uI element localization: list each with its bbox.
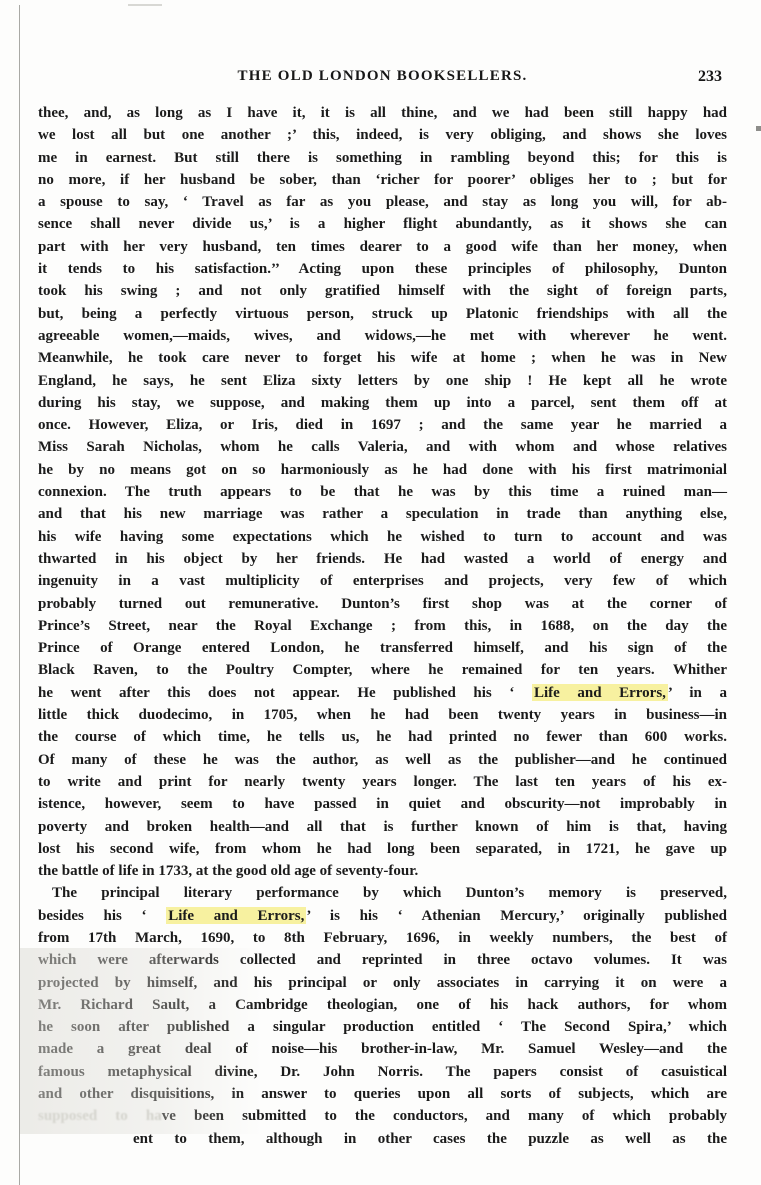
- running-title: THE OLD LONDON BOOKSELLERS.: [38, 68, 727, 85]
- text-segment: Prince of Orange entered London, he tran…: [38, 640, 727, 656]
- text-line: ingenuity in a vast multiplicity of ente…: [38, 570, 727, 592]
- text-line: Of many of these he was the author, as w…: [38, 749, 727, 771]
- text-line: Mr. Richard Sault, a Cambridge theologia…: [38, 994, 727, 1016]
- scan-left-rule: [19, 5, 20, 1185]
- page-lines: thee, and, as long as I have it, it is a…: [38, 102, 727, 1150]
- scan-top-mark: [128, 4, 162, 6]
- text-line: supposed to have been submitted to the c…: [38, 1105, 727, 1127]
- text-segment: took his swing ; and not only gratified …: [38, 283, 727, 299]
- text-line: during his stay, we suppose, and making …: [38, 392, 727, 414]
- text-line: made a great deal of noise—his brother-i…: [38, 1038, 727, 1060]
- text-segment: istence, however, seem to have passed in…: [38, 796, 727, 812]
- text-segment: but, being a perfectly virtuous person, …: [38, 306, 727, 322]
- text-line: to write and print for nearly twenty yea…: [38, 771, 727, 793]
- text-segment: The principal literary performance by wh…: [52, 885, 727, 901]
- text-segment: Prince’s Street, near the Royal Exchange…: [38, 618, 727, 634]
- text-line: once. However, Eliza, or Iris, died in 1…: [38, 414, 727, 436]
- text-segment: to write and print for nearly twenty yea…: [38, 774, 727, 790]
- text-line: Prince of Orange entered London, he tran…: [38, 637, 727, 659]
- text-segment: no more, if her husband be sober, than ‘…: [38, 172, 727, 188]
- text-line: Prince’s Street, near the Royal Exchange…: [38, 615, 727, 637]
- text-line: the course of which time, he tells us, h…: [38, 726, 727, 748]
- text-segment: Of many of these he was the author, as w…: [38, 752, 727, 768]
- text-segment: Meanwhile, he took care never to forget …: [38, 350, 727, 366]
- text-segment: and that his new marriage was rather a s…: [38, 506, 727, 522]
- text-line: agreeable women,—maids, wives, and widow…: [38, 325, 727, 347]
- highlighted-text: Life and Errors,: [166, 907, 306, 924]
- text-segment: and other disquisitions, in answer to qu…: [38, 1086, 727, 1102]
- text-line: part with her very husband, ten times de…: [38, 236, 727, 258]
- text-line: his wife having some expectations which …: [38, 526, 727, 548]
- text-line: and other disquisitions, in answer to qu…: [38, 1083, 727, 1105]
- text-segment: the course of which time, he tells us, h…: [38, 729, 727, 745]
- text-segment: agreeable women,—maids, wives, and widow…: [38, 328, 727, 344]
- text-segment: projected by himself, and his principal …: [38, 975, 727, 991]
- text-segment: England, he says, he sent Eliza sixty le…: [38, 373, 727, 389]
- text-line: took his swing ; and not only gratified …: [38, 280, 727, 302]
- text-segment: a spouse to say, ‘ Travel as far as you …: [38, 194, 727, 210]
- text-line: which were afterwards collected and repr…: [38, 949, 727, 971]
- text-segment: Mr. Richard Sault, a Cambridge theologia…: [38, 997, 727, 1013]
- text-segment: famous metaphysical divine, Dr. John Nor…: [38, 1064, 727, 1080]
- text-segment: ve been submitted to the conductors, and…: [162, 1108, 727, 1124]
- text-line: a spouse to say, ‘ Travel as far as you …: [38, 191, 727, 213]
- text-segment: during his stay, we suppose, and making …: [38, 395, 727, 411]
- text-segment: little thick duodecimo, in 1705, when he…: [38, 707, 727, 723]
- text-segment: from 17th March, 1690, to 8th February, …: [38, 930, 727, 946]
- text-line: Miss Sarah Nicholas, whom he calls Valer…: [38, 436, 727, 458]
- text-segment: ’ in a: [668, 685, 727, 701]
- text-line: it tends to his satisfaction.’’ Acting u…: [38, 258, 727, 280]
- text-segment: he soon after published a singular produ…: [38, 1019, 727, 1035]
- text-line: and that his new marriage was rather a s…: [38, 503, 727, 525]
- text-segment: ingenuity in a vast multiplicity of ente…: [38, 573, 727, 589]
- text-segment: Miss Sarah Nicholas, whom he calls Valer…: [38, 439, 727, 455]
- text-segment: probably turned out remunerative. Dunton…: [38, 596, 727, 612]
- text-line: connexion. The truth appears to be that …: [38, 481, 727, 503]
- text-segment: made a great deal of noise—his brother-i…: [38, 1041, 727, 1057]
- text-segment: he by no means got on so harmoniously as…: [38, 462, 727, 478]
- text-line: famous metaphysical divine, Dr. John Nor…: [38, 1061, 727, 1083]
- text-line: but, being a perfectly virtuous person, …: [38, 303, 727, 325]
- text-line: no more, if her husband be sober, than ‘…: [38, 169, 727, 191]
- text-segment: he went after this does not appear. He p…: [38, 685, 532, 701]
- text-line: probably turned out remunerative. Dunton…: [38, 593, 727, 615]
- text-line: thwarted in his object by her friends. H…: [38, 548, 727, 570]
- text-segment: lost his second wife, from whom he had l…: [38, 841, 727, 857]
- text-segment: ent to them, although in other cases the…: [133, 1131, 727, 1147]
- book-page: THE OLD LONDON BOOKSELLERS. 233 thee, an…: [0, 0, 761, 1185]
- text-segment: which were afterwards collected and repr…: [38, 952, 727, 968]
- text-line: besides his ‘ Life and Errors,’ is his ‘…: [38, 905, 727, 927]
- page-header: THE OLD LONDON BOOKSELLERS. 233: [38, 68, 727, 92]
- page-number: 233: [698, 68, 722, 86]
- text-segment: besides his ‘: [38, 908, 166, 924]
- text-line: The principal literary performance by wh…: [38, 882, 727, 904]
- text-segment: ’ is his ‘ Athenian Mercury,’ originally…: [306, 908, 727, 924]
- text-line: sence shall never divide us,’ is a highe…: [38, 213, 727, 235]
- text-line: he by no means got on so harmoniously as…: [38, 459, 727, 481]
- text-line: little thick duodecimo, in 1705, when he…: [38, 704, 727, 726]
- text-line: istence, however, seem to have passed in…: [38, 793, 727, 815]
- text-segment: sence shall never divide us,’ is a highe…: [38, 216, 727, 232]
- text-line: lost his second wife, from whom he had l…: [38, 838, 727, 860]
- text-segment: poverty and broken health—and all that i…: [38, 819, 727, 835]
- text-line: Black Raven, to the Poultry Compter, whe…: [38, 659, 727, 681]
- text-segment: it tends to his satisfaction.’’ Acting u…: [38, 261, 727, 277]
- text-line: poverty and broken health—and all that i…: [38, 816, 727, 838]
- text-segment: part with her very husband, ten times de…: [38, 239, 727, 255]
- text-segment: connexion. The truth appears to be that …: [38, 484, 727, 500]
- text-line: he went after this does not appear. He p…: [38, 682, 727, 704]
- scan-right-tick: [756, 126, 761, 131]
- text-line: from 17th March, 1690, to 8th February, …: [38, 927, 727, 949]
- text-segment: supposed to ha: [38, 1108, 162, 1124]
- text-segment: we lost all but one another ;’ this, ind…: [38, 127, 727, 143]
- text-line: Meanwhile, he took care never to forget …: [38, 347, 727, 369]
- text-line: the battle of life in 1733, at the good …: [38, 860, 727, 882]
- text-segment: thee, and, as long as I have it, it is a…: [38, 105, 727, 121]
- highlighted-text: Life and Errors,: [532, 684, 668, 701]
- text-line: England, he says, he sent Eliza sixty le…: [38, 370, 727, 392]
- text-line: projected by himself, and his principal …: [38, 972, 727, 994]
- text-line: me in earnest. But still there is someth…: [38, 147, 727, 169]
- text-line: he soon after published a singular produ…: [38, 1016, 727, 1038]
- text-segment: the battle of life in 1733, at the good …: [38, 863, 418, 879]
- text-line: ent to them, although in other cases the…: [38, 1128, 727, 1150]
- text-line: we lost all but one another ;’ this, ind…: [38, 124, 727, 146]
- text-line: thee, and, as long as I have it, it is a…: [38, 102, 727, 124]
- text-segment: Black Raven, to the Poultry Compter, whe…: [38, 662, 727, 678]
- text-segment: once. However, Eliza, or Iris, died in 1…: [38, 417, 727, 433]
- text-segment: me in earnest. But still there is someth…: [38, 150, 727, 166]
- text-segment: his wife having some expectations which …: [38, 529, 727, 545]
- text-segment: thwarted in his object by her friends. H…: [38, 551, 727, 567]
